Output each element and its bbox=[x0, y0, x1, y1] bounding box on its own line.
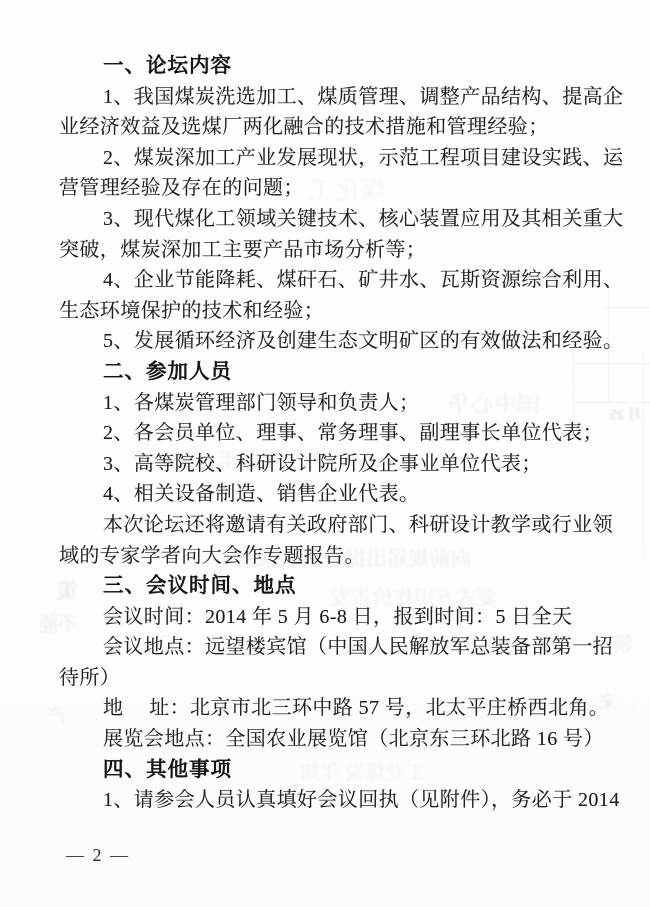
text-line: 2、煤炭深加工产业发展现状，示范工程项目建设实践、运 bbox=[59, 143, 622, 174]
text-line: 突破，煤炭深加工主要产品市场分析等； bbox=[59, 235, 622, 266]
text-line: 2、各会员单位、理事、常务理事、副理事长单位代表； bbox=[59, 418, 622, 449]
text-line: 会议地点：远望楼宾馆（中国人民解放军总装备部第一招 bbox=[59, 632, 622, 663]
section-heading: 三、会议时间、地点 bbox=[59, 571, 622, 602]
text-line: 4、相关设备制造、销售企业代表。 bbox=[59, 479, 622, 510]
document-body: 一、论坛内容1、我国煤炭洗选加工、煤质管理、调整产品结构、提高企业经济效益及选煤… bbox=[59, 51, 622, 816]
text-line: 生态环境保护的技术和经验； bbox=[59, 296, 622, 327]
bleedthrough-table-line bbox=[643, 352, 644, 562]
text-line: 1、我国煤炭洗选加工、煤质管理、调整产品结构、提高企 bbox=[59, 82, 622, 113]
text-line: 1、请参会人员认真填好会议回执（见附件），务必于 2014 bbox=[59, 785, 622, 816]
text-line: 本次论坛还将邀请有关政府部门、科研设计教学或行业领 bbox=[59, 510, 622, 541]
text-line: 3、现代煤化工领域关键技术、核心装置应用及其相关重大 bbox=[59, 204, 622, 235]
text-line: 地 址：北京市北三环中路 57 号，北太平庄桥西北角。 bbox=[59, 693, 622, 724]
scanned-document-page: 煤化工国中心华届三第会年 周知通向前规届出提的期 大头占要式方用作价告发策不能产… bbox=[0, 0, 650, 907]
text-line: 4、企业节能降耗、煤矸石、矿井水、瓦斯资源综合利用、 bbox=[59, 265, 622, 296]
text-line: 营管理经验及存在的问题； bbox=[59, 173, 622, 204]
text-line: 1、各煤炭管理部门领导和负责人； bbox=[59, 388, 622, 419]
text-line: 业经济效益及选煤厂两化融合的技术措施和管理经验； bbox=[59, 112, 622, 143]
text-line: 3、高等院校、科研设计院所及企事业单位代表； bbox=[59, 449, 622, 480]
section-heading: 一、论坛内容 bbox=[59, 51, 622, 82]
text-line: 待所） bbox=[59, 663, 622, 694]
page-number: — 2 — bbox=[66, 845, 130, 866]
text-line: 展览会地点：全国农业展览馆（北京东三环北路 16 号） bbox=[59, 724, 622, 755]
text-line: 会议时间：2014 年 5 月 6-8 日，报到时间：5 日全天 bbox=[59, 602, 622, 633]
section-heading: 四、其他事项 bbox=[59, 755, 622, 786]
text-line: 5、发展循环经济及创建生态文明矿区的有效做法和经验。 bbox=[59, 326, 622, 357]
text-line: 域的专家学者向大会作专题报告。 bbox=[59, 541, 622, 572]
section-heading: 二、参加人员 bbox=[59, 357, 622, 388]
